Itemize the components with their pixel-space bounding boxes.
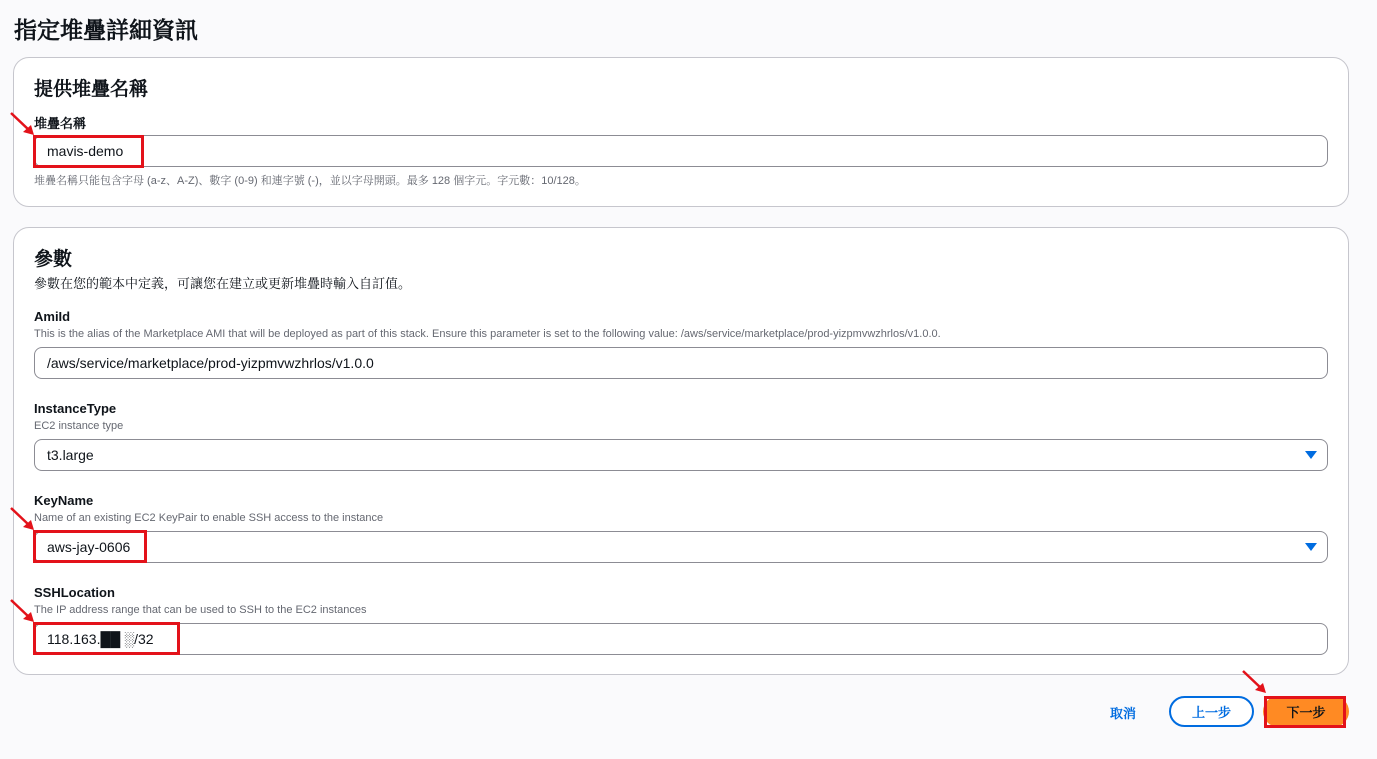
instancetype-select[interactable]: t3.large: [34, 439, 1328, 471]
keyname-select[interactable]: aws-jay-0606: [34, 531, 1328, 563]
keyname-description: Name of an existing EC2 KeyPair to enabl…: [34, 512, 383, 524]
sshlocation-label: SSHLocation: [34, 585, 115, 600]
instancetype-description: EC2 instance type: [34, 420, 123, 432]
amiid-description: This is the alias of the Marketplace AMI…: [34, 328, 941, 340]
instancetype-label: InstanceType: [34, 401, 116, 416]
previous-button[interactable]: 上一步: [1169, 696, 1254, 727]
page-title: 指定堆疊詳細資訊: [14, 12, 198, 45]
stack-name-section-title: 提供堆疊名稱: [34, 74, 148, 101]
keyname-value: aws-jay-0606: [47, 539, 130, 555]
next-button[interactable]: 下一步: [1263, 696, 1349, 727]
cancel-button[interactable]: 取消: [1104, 700, 1142, 724]
caret-down-icon: [1305, 543, 1317, 551]
stack-name-hint: 堆疊名稱只能包含字母 (a-z、A-Z)、數字 (0-9) 和連字號 (-)，並…: [34, 172, 586, 188]
amiid-input[interactable]: /aws/service/marketplace/prod-yizpmvwzhr…: [34, 347, 1328, 379]
parameters-section-title: 參數: [34, 244, 72, 271]
stack-name-label: 堆疊名稱: [34, 113, 86, 132]
parameters-section-description: 參數在您的範本中定義，可讓您在建立或更新堆疊時輸入自訂值。: [34, 273, 411, 292]
keyname-label: KeyName: [34, 493, 93, 508]
instancetype-value: t3.large: [47, 447, 94, 463]
stack-name-input[interactable]: mavis-demo: [34, 135, 1328, 167]
caret-down-icon: [1305, 451, 1317, 459]
stack-name-card: 提供堆疊名稱 堆疊名稱 mavis-demo 堆疊名稱只能包含字母 (a-z、A…: [13, 57, 1349, 207]
sshlocation-input[interactable]: 118.163.██ ░/32: [34, 623, 1328, 655]
amiid-label: AmiId: [34, 309, 70, 324]
parameters-card: 參數 參數在您的範本中定義，可讓您在建立或更新堆疊時輸入自訂值。 AmiId T…: [13, 227, 1349, 675]
sshlocation-description: The IP address range that can be used to…: [34, 604, 366, 616]
